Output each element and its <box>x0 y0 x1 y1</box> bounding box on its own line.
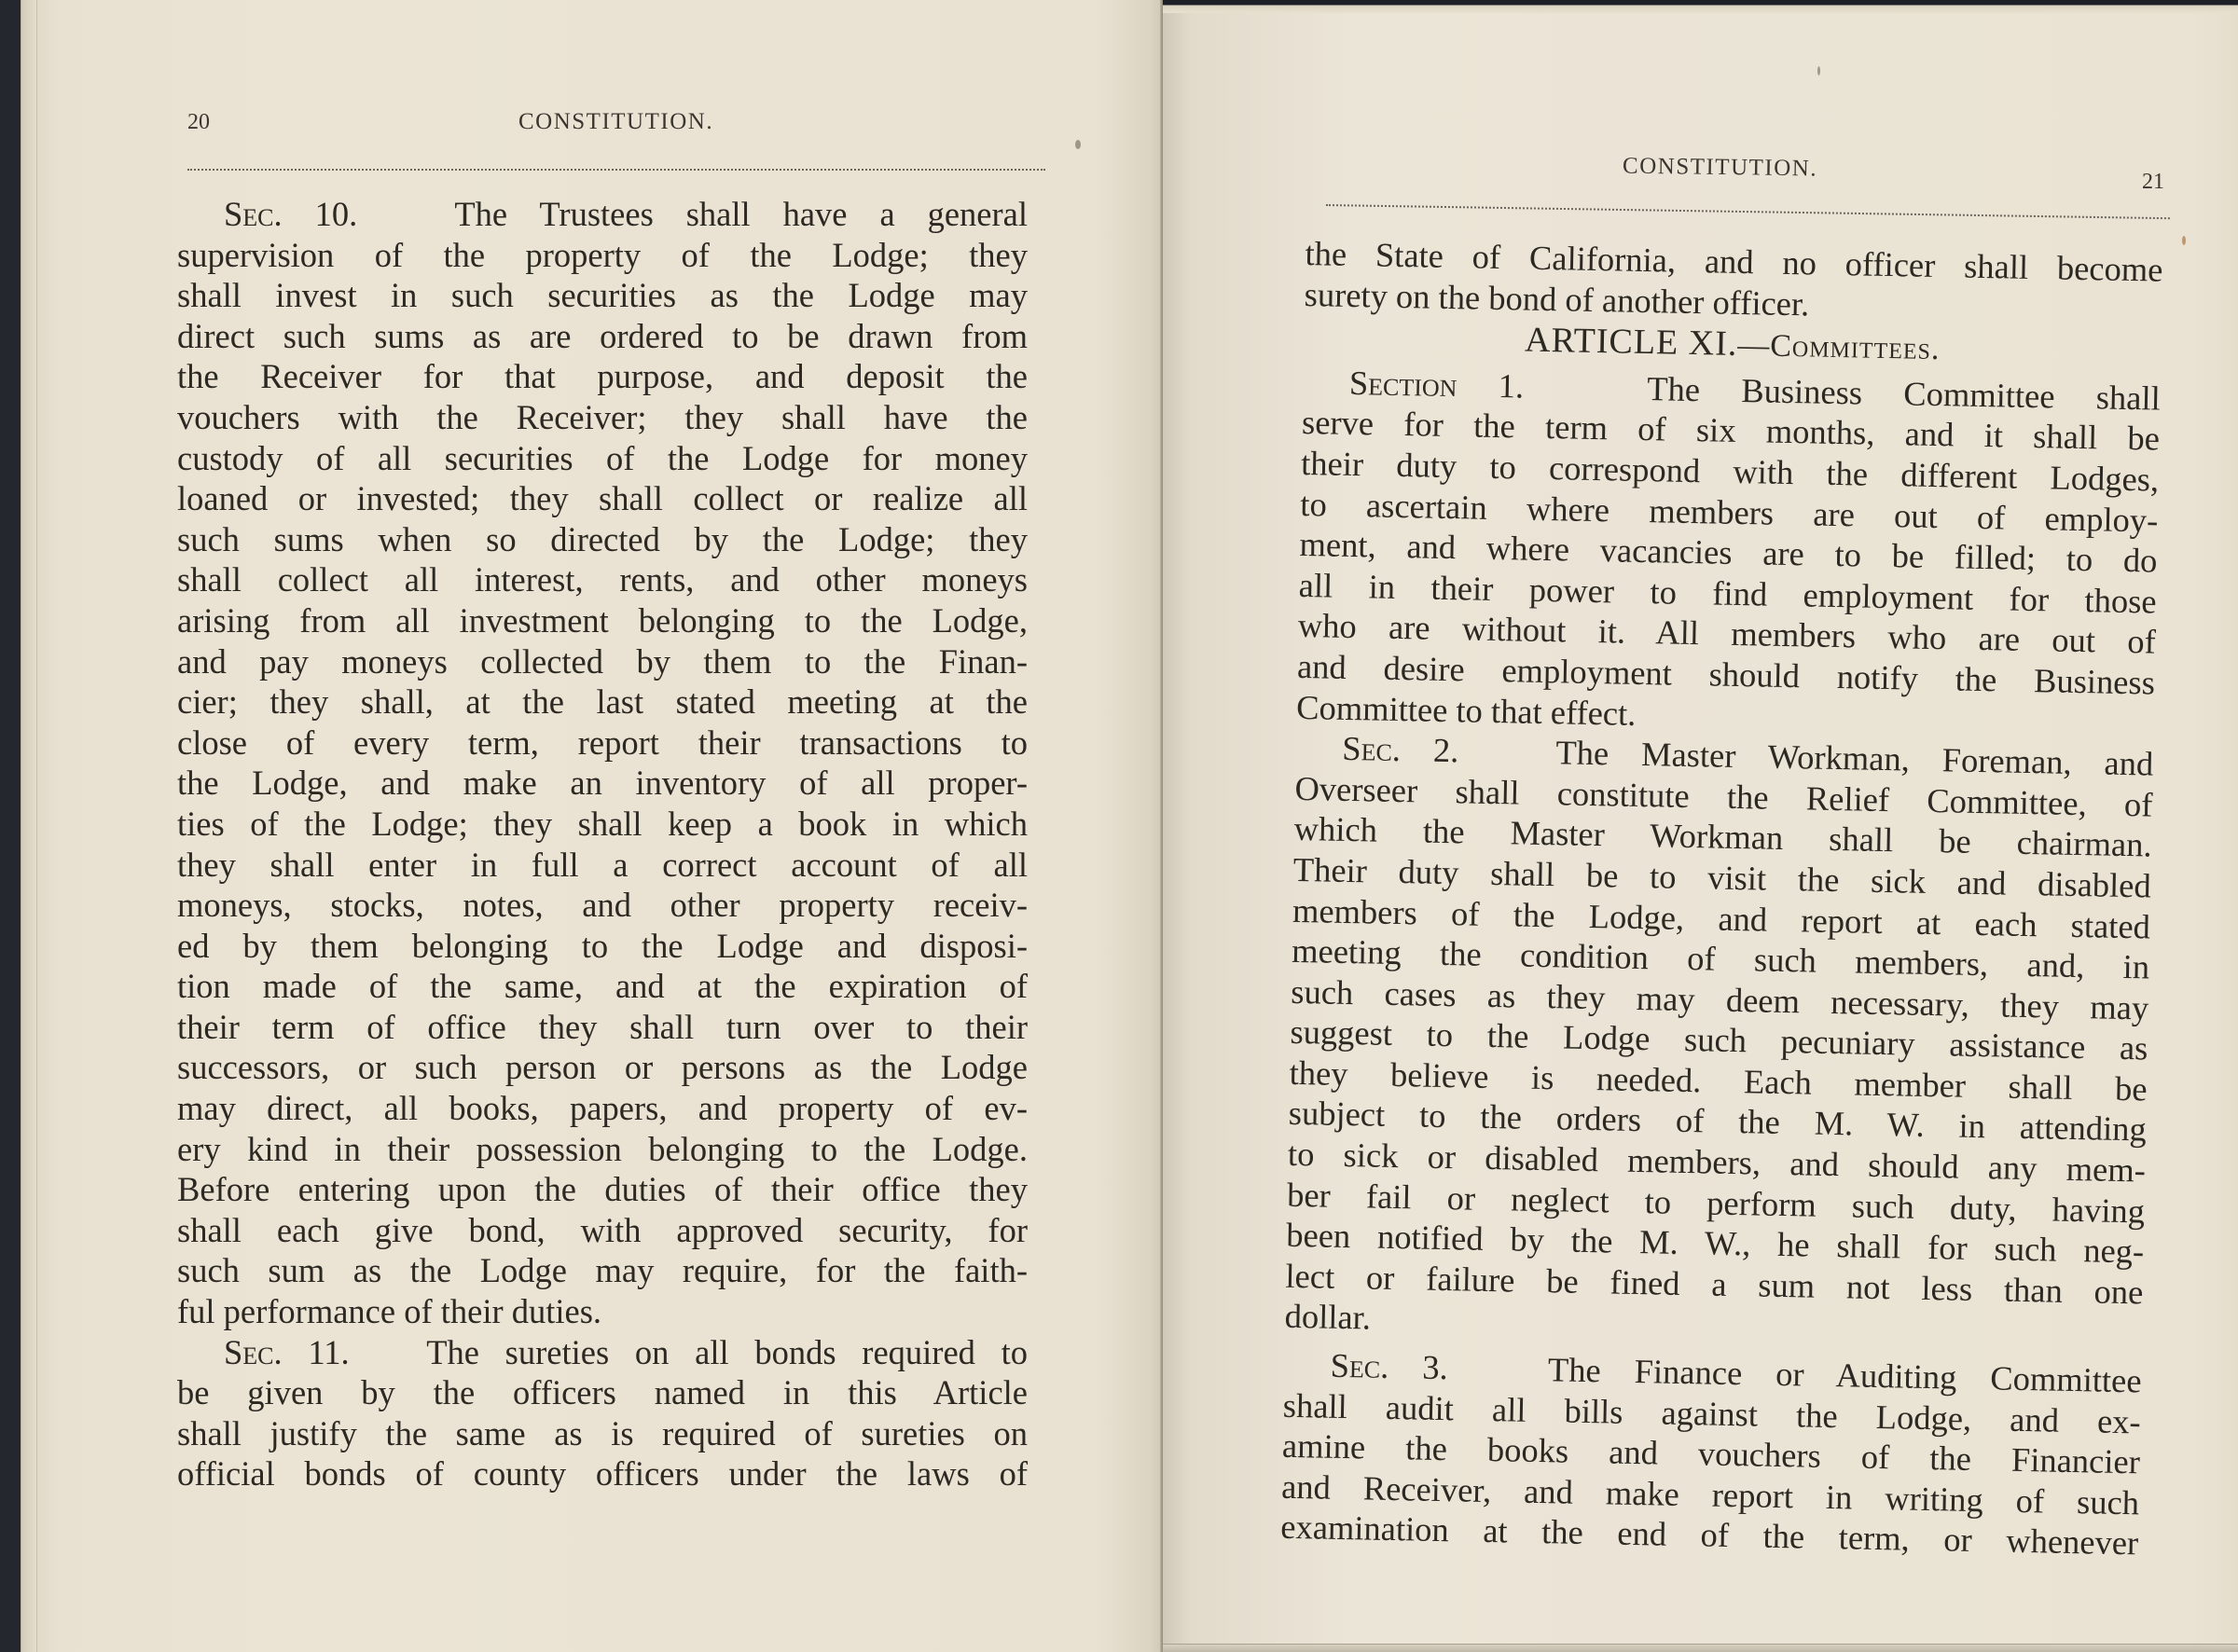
text-line: cier; they shall, at the last stated mee… <box>177 681 1028 723</box>
text-line: their term of office they shall turn ove… <box>177 1007 1028 1048</box>
text-line: Before entering upon the duties of their… <box>177 1169 1028 1210</box>
paper-speck <box>2182 236 2186 245</box>
text-line: custody of all securities of the Lodge f… <box>177 438 1028 479</box>
continuation: the State of California, and no officer … <box>1304 233 2163 331</box>
text-line: shall collect all interest, rents, and o… <box>177 559 1028 600</box>
text-line: ful performance of their duties. <box>177 1291 1028 1332</box>
text-line: moneys, stocks, notes, and other propert… <box>177 885 1028 926</box>
text-line: direct such sums as are ordered to be dr… <box>177 316 1028 357</box>
page-bottom-edge <box>1163 1644 2238 1652</box>
text-line: and pay moneys collected by them to the … <box>177 641 1028 682</box>
section-label: Sec. 11. <box>224 1333 350 1371</box>
text-line: such sum as the Lodge may require, for t… <box>177 1250 1028 1291</box>
text-line: arising from all investment belonging to… <box>177 600 1028 641</box>
text-line: shall invest in such securities as the L… <box>177 275 1028 316</box>
text-line: official bonds of county officers under … <box>177 1453 1028 1494</box>
page-number: 21 <box>2142 170 2164 195</box>
section-label: Sec. 10. <box>224 195 357 233</box>
paper-speck <box>1075 140 1081 149</box>
section-label: Sec. 2. <box>1342 729 1459 769</box>
text-line: the Lodge, and make an inventory of all … <box>177 763 1028 804</box>
text-line: the Receiver for that purpose, and depos… <box>177 356 1028 397</box>
text-line: may direct, all books, papers, and prope… <box>177 1088 1028 1129</box>
text-line: Sec. 10. The Trustees shall have a gener… <box>177 194 1028 235</box>
text-line: tion made of the same, and at the expira… <box>177 966 1028 1007</box>
text-line: supervision of the property of the Lodge… <box>177 235 1028 276</box>
section-1: Section 1. The Business Committee shall … <box>1296 362 2161 744</box>
paper-speck <box>1817 66 1820 76</box>
text-line: ery kind in their possession belonging t… <box>177 1129 1028 1170</box>
section-label: Section 1. <box>1349 364 1525 406</box>
left-page-body: Sec. 10. The Trustees shall have a gener… <box>177 194 1028 1494</box>
text-line: Sec. 11. The sureties on all bonds requi… <box>177 1332 1028 1373</box>
text-line: ties of the Lodge; they shall keep a boo… <box>177 804 1028 845</box>
text-line: shall each give bond, with approved secu… <box>177 1210 1028 1251</box>
text-line: such sums when so directed by the Lodge;… <box>177 519 1028 560</box>
section-label: Sec. 3. <box>1330 1346 1448 1386</box>
text-line: shall justify the same as is required of… <box>177 1413 1028 1454</box>
text-line: be given by the officers named in this A… <box>177 1372 1028 1413</box>
page-top-edge <box>1163 0 2238 13</box>
right-page-body: the State of California, and no officer … <box>1280 233 2163 1563</box>
running-head: CONSTITUTION. <box>1623 154 1817 183</box>
section-11: Sec. 11. The sureties on all bonds requi… <box>177 1332 1028 1494</box>
running-head: CONSTITUTION. <box>518 109 713 135</box>
text-line: vouchers with the Receiver; they shall h… <box>177 397 1028 438</box>
text-line: loaned or invested; they shall collect o… <box>177 478 1028 519</box>
section-2: Sec. 2. The Master Workman, Foreman, and… <box>1284 727 2153 1353</box>
text-line: successors, or such person or persons as… <box>177 1047 1028 1088</box>
page-number: 20 <box>187 110 210 135</box>
text-line: close of every term, report their transa… <box>177 723 1028 764</box>
section-3: Sec. 3. The Finance or Auditing Committe… <box>1280 1344 2142 1564</box>
header-rule <box>1326 204 2170 219</box>
header-rule <box>187 169 1045 171</box>
text-line: ed by them belonging to the Lodge and di… <box>177 926 1028 967</box>
text-line: they shall enter in full a correct accou… <box>177 845 1028 886</box>
section-10: Sec. 10. The Trustees shall have a gener… <box>177 194 1028 1332</box>
page-edge <box>21 0 37 1652</box>
